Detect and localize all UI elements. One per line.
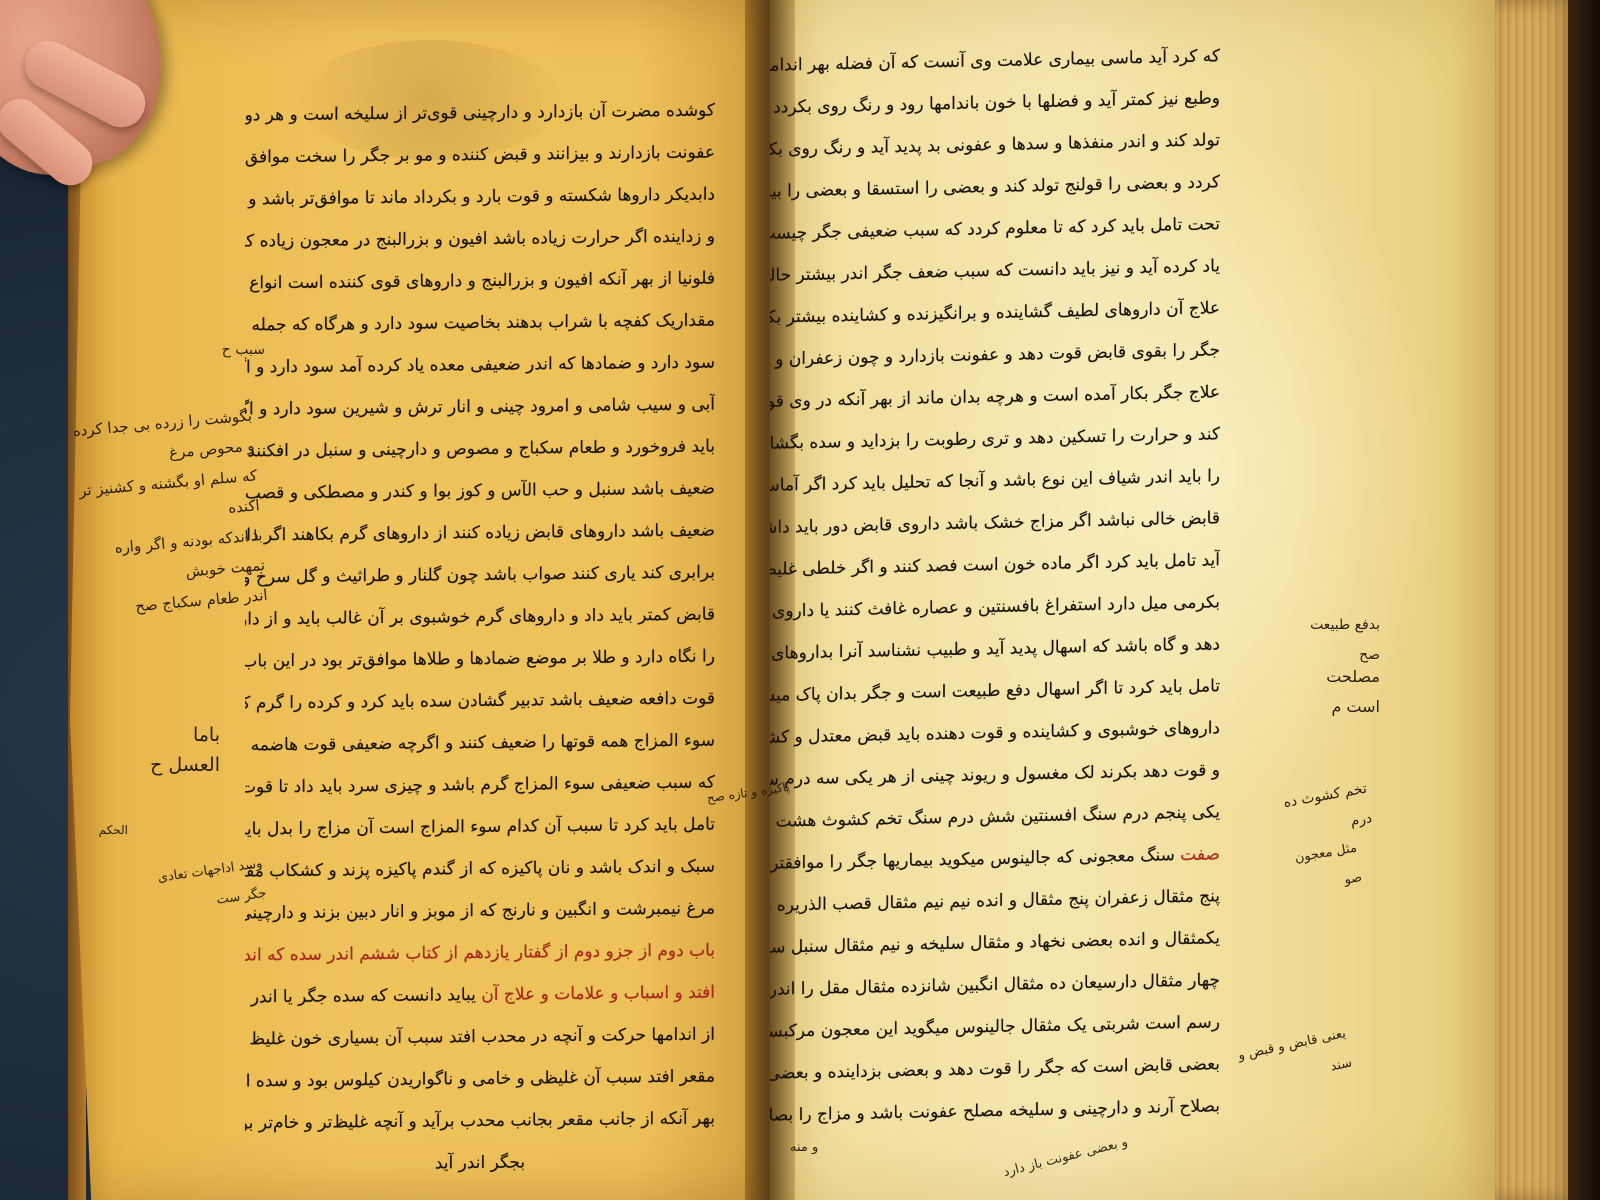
text-line: از اندامها حرکت و آنچه در محدب افتد سبب … [245, 1014, 715, 1061]
text-line: عفونت بازدارند و بیزانند و قبض کننده و م… [245, 132, 715, 179]
text-line: فلونیا از بهر آنکه افیون و بزرالبنج و دا… [245, 258, 715, 305]
text-line: دابدیکر داروها شکسته و قوت بارد و بکرداد… [245, 174, 715, 221]
margin-note: بگوشت را زرده بی جدا کرده و محوص مرغ که … [71, 401, 269, 626]
text-line: قوت دافعه ضعیف باشد تدبیر گشادن سده باید… [245, 678, 715, 725]
page-fore-edge [1495, 0, 1575, 1200]
left-page-text: کوشده مضرت آن بازدارد و دارچینی قوی‌تر ا… [245, 92, 715, 1184]
text-line: مقعر افتد سبب آن غلیظی و خامی و ناگوارید… [245, 1056, 715, 1103]
margin-note: بدفع طبیعت صح [1290, 610, 1380, 670]
text-line: مقداریک کفچه با شراب بدهند بخاصیت سود دا… [245, 300, 715, 347]
text-line: تامل باید کرد تا سبب آن کدام سوء المزاج … [245, 804, 715, 851]
rubric-word: باب [689, 941, 715, 961]
text-line: برابری کند یاری کنند صواب باشد چون گلنار… [245, 552, 715, 599]
book-cover-edge [1568, 0, 1600, 1200]
text-line: را نگاه دارد و طلا بر موضع ضمادها و طلاه… [245, 636, 715, 683]
text-line: باید فروخورد و طعام سکباج و مصوص و دارچی… [245, 426, 715, 473]
rubric-word: صفت [1180, 844, 1220, 865]
manuscript-photo: کوشده مضرت آن بازدارد و دارچینی قوی‌تر ا… [0, 0, 1600, 1200]
text-line: و زداینده اگر حرارت زیاده باشد افیون و ب… [245, 216, 715, 263]
text-line: بهر آنکه از جانب مقعر بجانب محدب برآید و… [245, 1098, 715, 1145]
margin-note: مصلحت است م [1290, 662, 1380, 722]
text-line: کوشده مضرت آن بازدارد و دارچینی قوی‌تر ا… [245, 90, 715, 137]
chapter-heading-line: افتد و اسباب و علامات و علاج آن یباید دا… [245, 972, 715, 1019]
text-line: قابض کمتر باید داد و داروهای گرم خوشبوی … [245, 594, 715, 641]
margin-note: باما العسل ح [150, 720, 220, 780]
text-line: بصلاح آرند و دارچینی و سلیخه مصلح عفونت … [770, 1085, 1220, 1136]
text-line: ضعیف باشد داروهای قابض زیاده کنند از دار… [245, 510, 715, 557]
chapter-heading-line: باب دوم از جزو دوم از گفتار یازدهم از کت… [245, 930, 715, 977]
right-page-text: که کرد آید ماسی بیماری علامت وی آنست که … [770, 40, 1220, 1132]
text-line: ضعیف باشد سنبل و حب الآس و کوز بوا و کند… [245, 468, 715, 515]
text-line: سوء المزاج همه قوتها را ضعیف کنند و اگرچ… [245, 720, 715, 767]
margin-note: سبب ح [215, 335, 265, 365]
text-line: سود دارد و ضمادها که اندر ضعیفی معده یاد… [245, 342, 715, 389]
text-line: آبی و سیب شامی و امرود چینی و انار ترش و… [245, 384, 715, 431]
text-line: که سبب ضعیفی سوء المزاج گرم باشد و چیزی … [245, 762, 715, 809]
text-line: بجگر اندر آید [245, 1140, 715, 1187]
text-line: مرغ نیمبرشت و انگبین و نارنج که از موبز … [245, 888, 715, 935]
text-line: سبک و اندک باشد و نان پاکیزه که از گندم … [245, 846, 715, 893]
margin-note: الحکم [88, 815, 128, 845]
catchword: و منه [790, 1140, 818, 1155]
rubric-word: افتد و اسباب و علامات و علاج آن [481, 983, 715, 1005]
